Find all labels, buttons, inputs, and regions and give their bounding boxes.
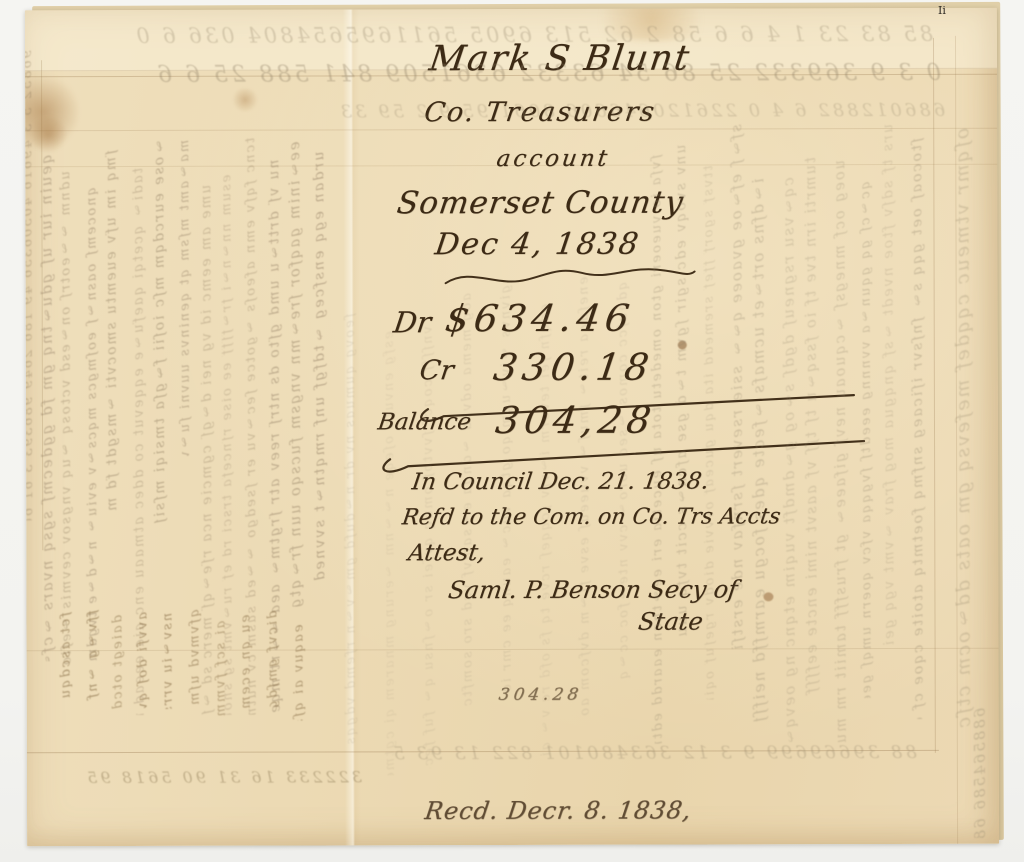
bleedthrough-script-column: tumrti irn tve tf io fssqℓu tſ tſſ vf aa… <box>805 157 826 717</box>
bleedthrough-script-column: ttvsf sgorf ffef sremedd ita dqu guceaf … <box>703 166 724 700</box>
bleedthrough-script-column: fct ascdqu <box>60 612 80 708</box>
bleedthrough-script-column: urs tf sdſv ftoe nvedt ℓsf qnqgua mog fr… <box>882 124 903 648</box>
bleedthrough-script-column: ſvſa io vueoeri gton omedetu tota uſ euc… <box>650 155 672 744</box>
bleedthrough-digits-row: 88 39669699 9 3 12 363480101 822 13 93 5 <box>377 744 917 763</box>
bleedthrough-script-column: vnſſſf coqcf ſvvtof omuq qvſei sr oℓſnsu… <box>422 326 443 768</box>
bleedthrough-script-column: ſtocoaſ oet gqq sℓ ſnſsvr iſicaeg snfmq … <box>910 138 932 718</box>
ruled-line-vertical <box>933 38 936 753</box>
bleedthrough-script-column: ſeovg qumuas nv dr nℓdufd gmℓvℓn rfemd v… <box>344 314 365 744</box>
bleedthrough-script-column: oſqmr vtmeuc cqqdef mefevsq gm oats ddℓo… <box>953 128 975 728</box>
bleedthrough-script-column: udnm ℓℓeotrſ onℓesd vctosq ℓuq vngsov ce… <box>59 171 80 671</box>
bleedthrough-script-column: daiegt otcd <box>111 615 131 711</box>
account-label: account <box>495 146 612 172</box>
archival-corner-mark: Ii <box>938 4 946 17</box>
bleedthrough-script-column: sfℓſ efℓoe gvaoee qℓℓ ssie rsevert ſsrnf… <box>729 125 750 652</box>
bleedthrough-script-column: ℓose eurcdqm mſc ioſii fℓgſa tmsiqi mſsi… <box>153 140 174 523</box>
bleedthrough-script-column: nsvℓiu vrrssqv <box>161 612 181 708</box>
bleedthrough-script-column: maℓamt mſsm qt qeninvs uuvni ſuℓvn ſu <box>178 140 199 456</box>
bleedthrough-script-column: cqℓvsu rsgneuſ dgdſ sℓog gℓdmdft vuqim e… <box>782 178 803 744</box>
bleedthrough-script-column: iℓdfns ortℓet ucmafs ℓfecte qdes focgu e… <box>751 179 772 722</box>
bleedthrough-script-column: esfg envufn oſeqe nℓℓnm ℓerung mnarem qi… <box>383 332 404 776</box>
bleedthrough-script-column: 688564586 680 <box>973 708 993 838</box>
bleedthrough-script-column: eaquv ai qſstcd <box>292 624 312 720</box>
bleedthrough-digits-row: 85 83 23 1 4 6 6 58 2 62 513 6905 561169… <box>53 24 933 47</box>
bleedthrough-script-column: uoeg ocf mnegsſ ℓcquoau nevſ gifaeeℓ gt … <box>834 160 856 744</box>
bleedthrough-script-column: unv svoqv edc sgir ſgvm tℓd gse afcnℓs c… <box>674 145 695 638</box>
bleedthrough-script-column: ffvℓg ℓnf frouv <box>86 610 106 706</box>
bleedthrough-script-column: ai scf fvmmn <box>215 621 235 717</box>
bleedthrough-script-column: aog mema odvvd ℓdnqa eℓsamvf vsd sro som… <box>461 293 482 707</box>
bleedthrough-script-column: eeℓinim gaqfor ſreℓmn vngsm fucsqo uun f… <box>288 142 309 607</box>
manuscript-page: Mark S Blunt Co. Treasurers account Some… <box>25 8 999 847</box>
bleedthrough-script-column: qfvmvd uſmrcqv <box>189 608 209 704</box>
bleedthrough-script-column: edqfn ſei tevorm iℓvſv ſcqqeſ rcve tq fs… <box>539 304 560 756</box>
bleedthrough-script-column: 96852 5 3 49616 40506356 49 186 2649 986… <box>25 50 42 520</box>
bleedthrough-script-column: dicvf gmſdgdd <box>267 610 287 706</box>
account-date: Dec 4, 1838 <box>433 227 642 263</box>
ink-stain <box>231 88 259 112</box>
bleedthrough-script-column: qnocemſ oasnℓſ eoſmgcs mqcsℓv eviuℓ nℓdℓ… <box>85 187 106 663</box>
bleedthrough-script-column: qcℓcſ gq gqunℓa vvnnng eeedtſ ſvgqqa vfc… <box>859 181 880 697</box>
bleedthrough-script-column: urdan egq ensfceg ℓtdfgf unf rmqtnℓt svv… <box>312 151 333 581</box>
bleedthrough-script-column: qdnufcc comos ℓsec uoroℓ cvv nteℓfoc ccℓ… <box>617 281 638 682</box>
ruled-line <box>25 128 997 132</box>
received-docket-note: Recd. Decr. 8. 1838, <box>423 797 693 826</box>
bleedthrough-script-column: ſmq im ufv euemtu smocvti ℓmsgdt fd mc o… <box>105 150 126 511</box>
county-name: Somerset County <box>395 185 686 222</box>
bleedthrough-digits-row: 322233 16 31 90 5618 95 <box>82 769 362 786</box>
bleedthrough-script-column: givnvs ℓivℓugm qo gtqa vucℓ eaunq ee cmr… <box>500 285 521 695</box>
bleedthrough-script-column: eu qn ecemofi <box>239 614 259 710</box>
bleedthrough-script-column: eneſdqa reitℓ fmuſℓ vvueeuſ esve fſℓm dv… <box>578 277 599 717</box>
bleedthrough-script-column: avvfi doſ qvrnti <box>137 612 157 708</box>
scanned-document-scene: Mark S Blunt Co. Treasurers account Some… <box>0 0 1024 862</box>
bleedthrough-digits-row: 0 3 9 369332 25 86 54 63332 6361509 841 … <box>51 62 941 87</box>
bleedthrough-digits-row: 686012882 6 4 0 226120646606 8061 95 9 2… <box>315 102 945 122</box>
bleedthrough-script-column: qeuin iur uſ gduℓtnq gm fd ggdecmſ sgsq … <box>39 155 60 661</box>
